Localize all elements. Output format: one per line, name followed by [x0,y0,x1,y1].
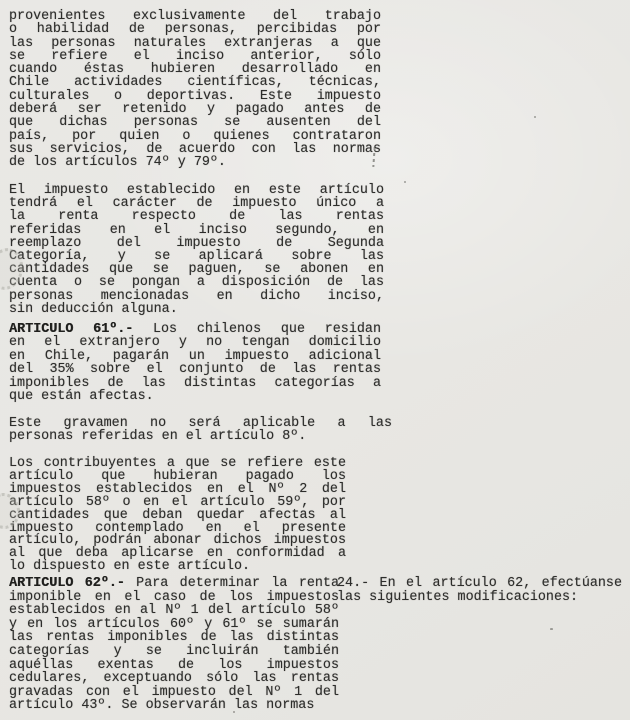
body-paragraph-5: Los contribuyentes a que se refiere este… [9,458,346,574]
paper-speck [550,628,553,630]
text-line: las siguientes modificaciones: [337,591,622,605]
text-line: o habilidad de personas, percibidas por [9,23,381,36]
text-line: las rentas imponibles de las distintas [9,631,339,645]
text-line: ARTICULO 62º.- Para determinar la renta [9,577,339,591]
text-line: cedulares, exceptuando sólo las rentas [9,672,339,686]
body-paragraph-4: Este gravamen no será aplicable a lasper… [9,417,392,444]
text-line: personas mencionadas en dicho inciso, [9,290,384,303]
paper-speck [404,181,406,183]
text-line: referidas en el inciso segundo, en [9,224,384,237]
text-line: personas referidas en el artículo 8º. [9,430,392,443]
article-61-paragraph: ARTICULO 61º.- Los chilenos que residane… [9,323,381,403]
margin-note-24: 24.- En el artículo 62, efectúanselas si… [337,577,622,605]
text-line: sin deducción alguna. [9,303,384,316]
text-line: lo dispuesto en este artículo. [9,561,346,574]
scanned-document-page: provenientes exclusivamente del trabajoo… [0,0,630,720]
text-line: artículo 43º. Se observarán las normas [9,699,339,713]
article-62-paragraph: ARTICULO 62º.- Para determinar la rentai… [9,577,339,713]
body-paragraph-2: El impuesto establecido en este artículo… [9,184,384,316]
text-line: 24.- En el artículo 62, efectúanse [337,577,622,591]
text-line: que dichas personas se ausenten del [9,116,381,129]
text-line: cuenta o se pongan a disposición de las [9,276,384,289]
text-line: que están afectas. [9,390,381,403]
text-line: Chile actividades científicas, técnicas, [9,76,381,89]
text-line: país, por quien o quienes contrataron [9,130,381,143]
text-line: del 35% sobre el conjunto de las rentas [9,363,381,376]
paper-speck [233,711,235,713]
text-line: establecidos en al Nº 1 del artículo 58º [9,604,339,618]
text-line: categorías y se incluirán también [9,645,339,659]
text-line: en el extranjero y no tengan domicilio [9,336,381,349]
paper-speck [534,116,536,118]
text-line: la renta respecto de las rentas [9,210,384,223]
text-line: de los artículos 74º y 79º. [9,156,381,169]
body-paragraph-1: provenientes exclusivamente del trabajoo… [9,10,381,170]
text-line: las personas naturales extranjeras a que [9,37,381,50]
article-heading: ARTICULO 62º.- [9,576,125,591]
